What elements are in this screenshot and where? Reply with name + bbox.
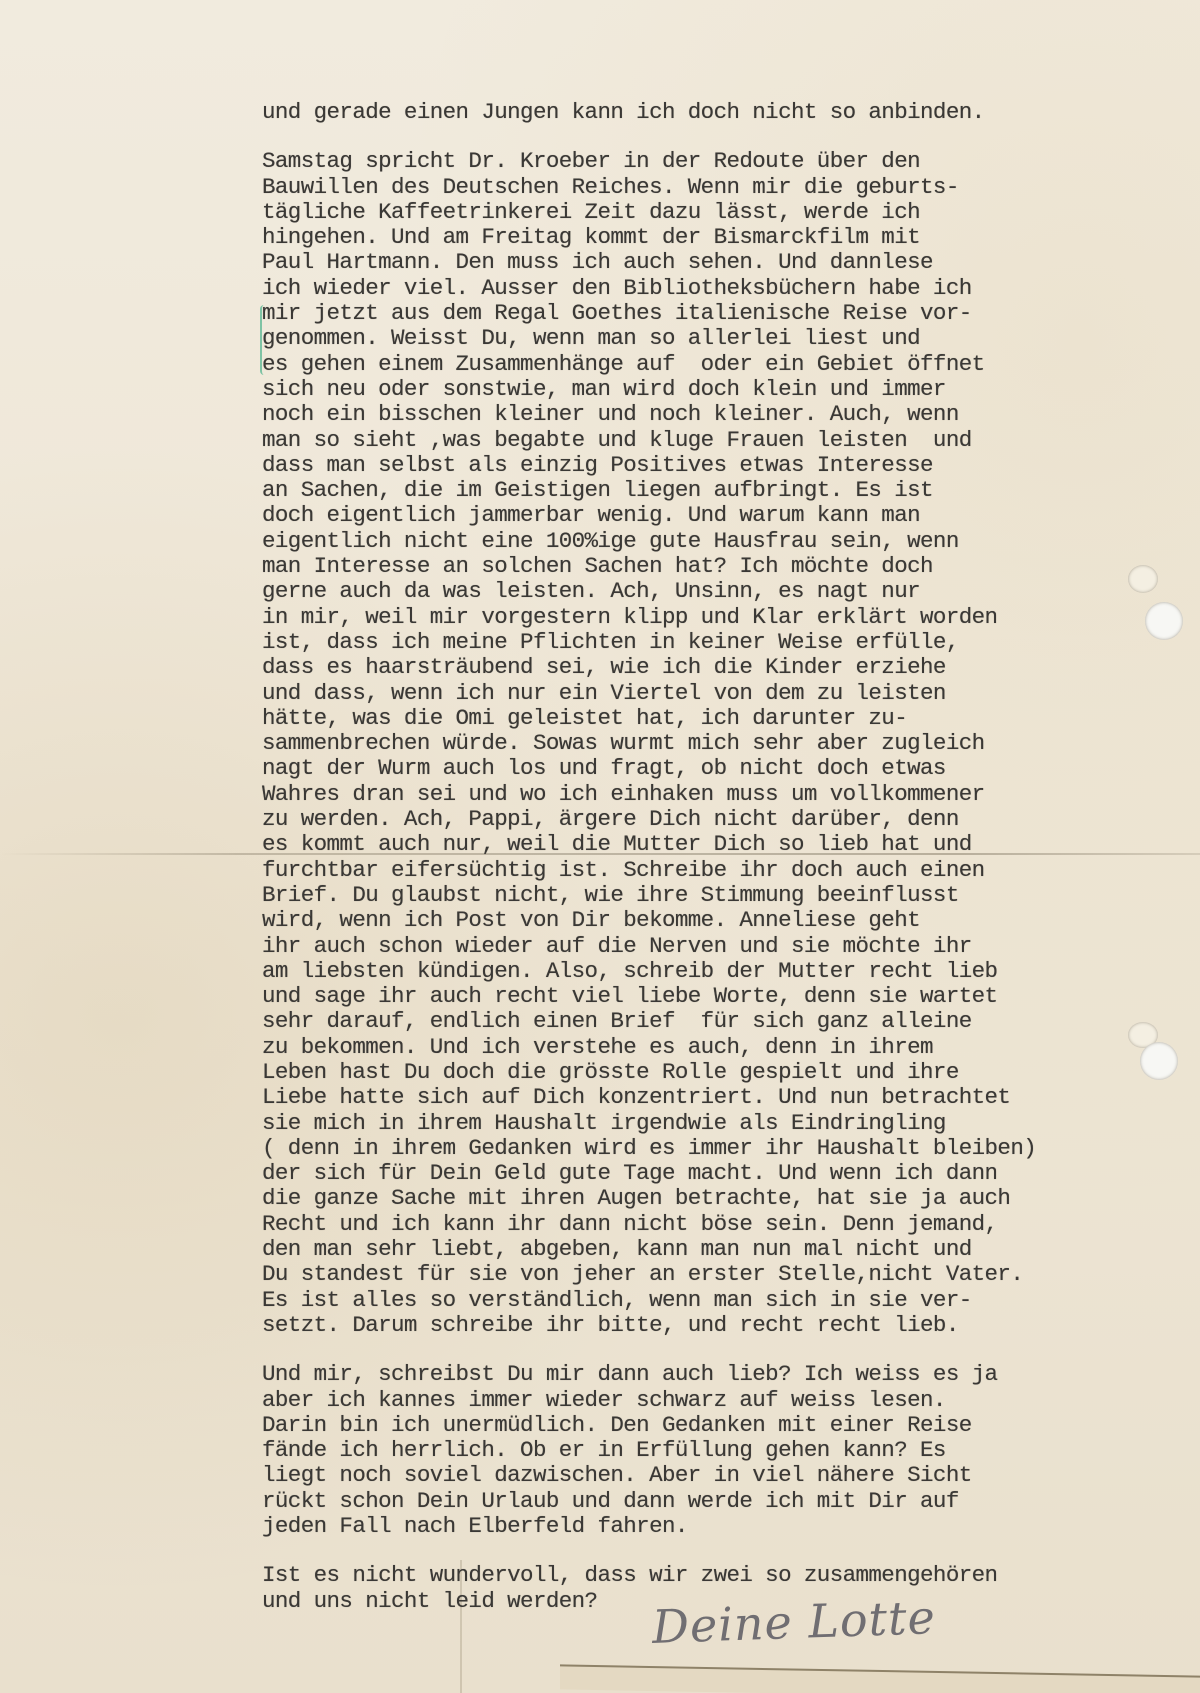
letter-body: und gerade einen Jungen kann ich doch ni… [262,100,1162,1614]
text-line: dass es haarsträubend sei, wie ich die K… [262,655,1162,680]
text-line: zu werden. Ach, Pappi, ärgere Dich nicht… [262,807,1162,832]
text-line: und sage ihr auch recht viel liebe Worte… [262,984,1162,1009]
text-line: eigentlich nicht eine 100%ige gute Hausf… [262,529,1162,554]
paragraph: Und mir, schreibst Du mir dann auch lieb… [262,1362,1162,1539]
text-line: Du standest für sie von jeher an erster … [262,1262,1162,1287]
handwritten-signature: Deine Lotte [651,1590,936,1654]
text-line: Bauwillen des Deutschen Reiches. Wenn mi… [262,175,1162,200]
text-line: und gerade einen Jungen kann ich doch ni… [262,100,1162,125]
text-line: den man sehr liebt, abgeben, kann man nu… [262,1237,1162,1262]
text-line: ( denn in ihrem Gedanken wird es immer i… [262,1136,1162,1161]
text-line: Ist es nicht wundervoll, dass wir zwei s… [262,1563,1162,1588]
text-line: hätte, was die Omi geleistet hat, ich da… [262,706,1162,731]
text-line: und dass, wenn ich nur ein Viertel von d… [262,681,1162,706]
text-line: gerne auch da was leisten. Ach, Unsinn, … [262,579,1162,604]
text-line: sammenbrechen würde. Sowas wurmt mich se… [262,731,1162,756]
text-line: ihr auch schon wieder auf die Nerven und… [262,934,1162,959]
text-line: Recht und ich kann ihr dann nicht böse s… [262,1212,1162,1237]
text-line: liegt noch soviel dazwischen. Aber in vi… [262,1463,1162,1488]
text-line: es gehen einem Zusammenhänge auf oder ei… [262,352,1162,377]
paragraph: und gerade einen Jungen kann ich doch ni… [262,100,1162,125]
text-line: mir jetzt aus dem Regal Goethes italieni… [262,301,1162,326]
text-line: sie mich in ihrem Haushalt irgendwie als… [262,1111,1162,1136]
text-line: setzt. Darum schreibe ihr bitte, und rec… [262,1313,1162,1338]
text-line: hingehen. Und am Freitag kommt der Bisma… [262,225,1162,250]
text-line: Brief. Du glaubst nicht, wie ihre Stimmu… [262,883,1162,908]
text-line: noch ein bisschen kleiner und noch klein… [262,402,1162,427]
text-line: zu bekommen. Und ich verstehe es auch, d… [262,1035,1162,1060]
text-line: fände ich herrlich. Ob er in Erfüllung g… [262,1438,1162,1463]
text-line: ich wieder viel. Ausser den Bibliotheksb… [262,276,1162,301]
text-line: der sich für Dein Geld gute Tage macht. … [262,1161,1162,1186]
paragraph: Samstag spricht Dr. Kroeber in der Redou… [262,149,1162,1338]
text-line: Und mir, schreibst Du mir dann auch lieb… [262,1362,1162,1387]
text-line: man Interesse an solchen Sachen hat? Ich… [262,554,1162,579]
text-line: rückt schon Dein Urlaub und dann werde i… [262,1489,1162,1514]
text-line: man so sieht ,was begabte und kluge Frau… [262,428,1162,453]
text-line: dass man selbst als einzig Positives etw… [262,453,1162,478]
text-line: Samstag spricht Dr. Kroeber in der Redou… [262,149,1162,174]
text-line: wird, wenn ich Post von Dir bekomme. Ann… [262,908,1162,933]
text-line: jeden Fall nach Elberfeld fahren. [262,1514,1162,1539]
text-line: sich neu oder sonstwie, man wird doch kl… [262,377,1162,402]
text-line: an Sachen, die im Geistigen liegen aufbr… [262,478,1162,503]
text-line: es kommt auch nur, weil die Mutter Dich … [262,832,1162,857]
text-line: furchtbar eifersüchtig ist. Schreibe ihr… [262,858,1162,883]
text-line: in mir, weil mir vorgestern klipp und Kl… [262,605,1162,630]
text-line: Wahres dran sei und wo ich einhaken muss… [262,782,1162,807]
text-line: doch eigentlich jammerbar wenig. Und war… [262,503,1162,528]
text-line: ist, dass ich meine Pflichten in keiner … [262,630,1162,655]
text-line: tägliche Kaffeetrinkerei Zeit dazu lässt… [262,200,1162,225]
text-line: Es ist alles so verständlich, wenn man s… [262,1288,1162,1313]
text-line: Darin bin ich unermüdlich. Den Gedanken … [262,1413,1162,1438]
text-line: aber ich kannes immer wieder schwarz auf… [262,1388,1162,1413]
text-line: Liebe hatte sich auf Dich konzentriert. … [262,1085,1162,1110]
text-line: nagt der Wurm auch los und fragt, ob nic… [262,756,1162,781]
text-line: genommen. Weisst Du, wenn man so allerle… [262,326,1162,351]
text-line: am liebsten kündigen. Also, schreib der … [262,959,1162,984]
text-line: Paul Hartmann. Den muss ich auch sehen. … [262,250,1162,275]
text-line: die ganze Sache mit ihren Augen betracht… [262,1186,1162,1211]
text-line: Leben hast Du doch die grösste Rolle ges… [262,1060,1162,1085]
text-line: sehr darauf, endlich einen Brief für sic… [262,1009,1162,1034]
